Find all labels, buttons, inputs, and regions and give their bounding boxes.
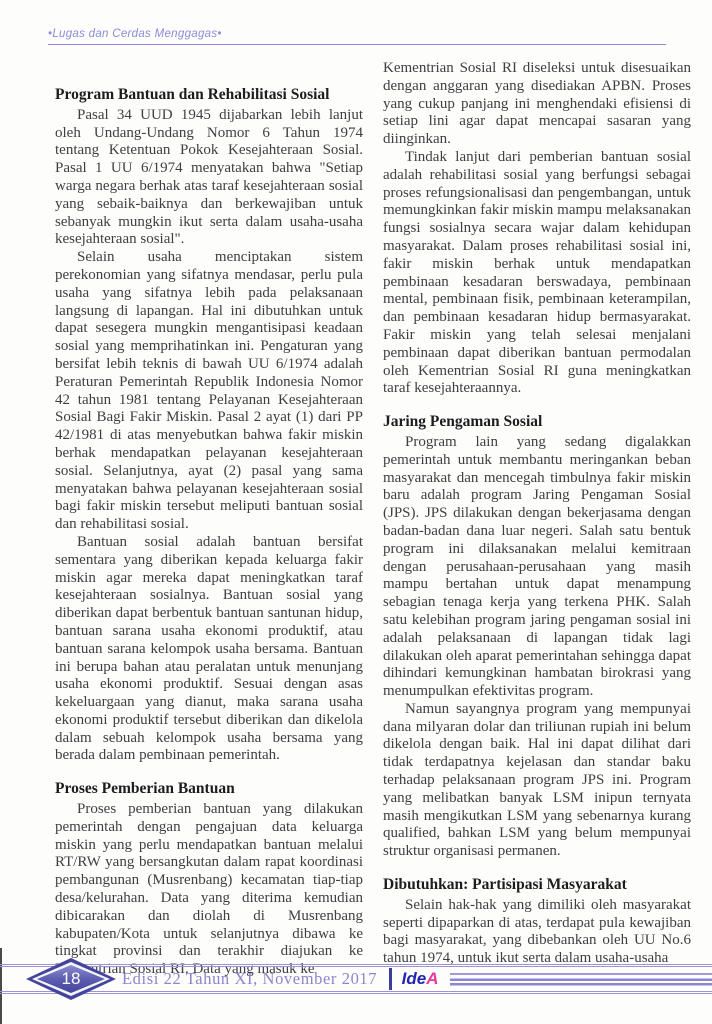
section-heading-proses-pemberian: Proses Pemberian Bantuan [55,780,363,798]
section-heading-program-bantuan: Program Bantuan dan Rehabilitasi Sosial [55,86,363,104]
magazine-page: •Lugas dan Cerdas Menggagas• Program Ban… [0,0,712,1024]
section-heading-jaring-pengaman: Jaring Pengaman Sosial [383,413,691,431]
article-body: Program Bantuan dan Rehabilitasi Sosial … [55,60,692,952]
paragraph: Tindak lanjut dari pemberian bantuan sos… [383,149,691,398]
right-column: Kementrian Sosial RI diseleksi untuk dis… [383,60,691,952]
edition-label: Edisi 22 Tahun XI, November 2017 [122,969,377,989]
paragraph: Selain usaha menciptakan sistem perekono… [55,249,363,534]
left-column: Program Bantuan dan Rehabilitasi Sosial … [55,60,363,952]
footer-stripes [450,973,712,986]
paragraph: Proses pemberian bantuan yang dilakukan … [55,801,363,979]
page-footer: 18 Edisi 22 Tahun XI, November 2017 IdeA [0,958,712,998]
idea-logo-ide: Ide [402,969,427,988]
footer-divider [389,968,392,990]
running-head: •Lugas dan Cerdas Menggagas• [48,28,666,40]
idea-logo: IdeA [402,969,439,989]
idea-logo-a: A [426,969,438,988]
paragraph: Program lain yang sedang digalakkan peme… [383,434,691,701]
paragraph: Namun sayangnya program yang mempunyai d… [383,701,691,861]
page-number-badge-ring: 18 [32,962,110,996]
page-number-badge: 18 [26,958,116,1000]
footer-band: 18 Edisi 22 Tahun XI, November 2017 IdeA [0,964,712,994]
section-heading-partisipasi-masyarakat: Dibutuhkan: Partisipasi Masyarakat [383,876,691,894]
header-rule [48,44,666,45]
page-header: •Lugas dan Cerdas Menggagas• [48,28,666,45]
paragraph: Bantuan sosial adalah bantuan bersifat s… [55,534,363,765]
paragraph: Pasal 34 UUD 1945 dijabarkan lebih lanju… [55,107,363,249]
page-number: 18 [37,965,105,993]
paragraph-continuation: Kementrian Sosial RI diseleksi untuk dis… [383,60,691,149]
